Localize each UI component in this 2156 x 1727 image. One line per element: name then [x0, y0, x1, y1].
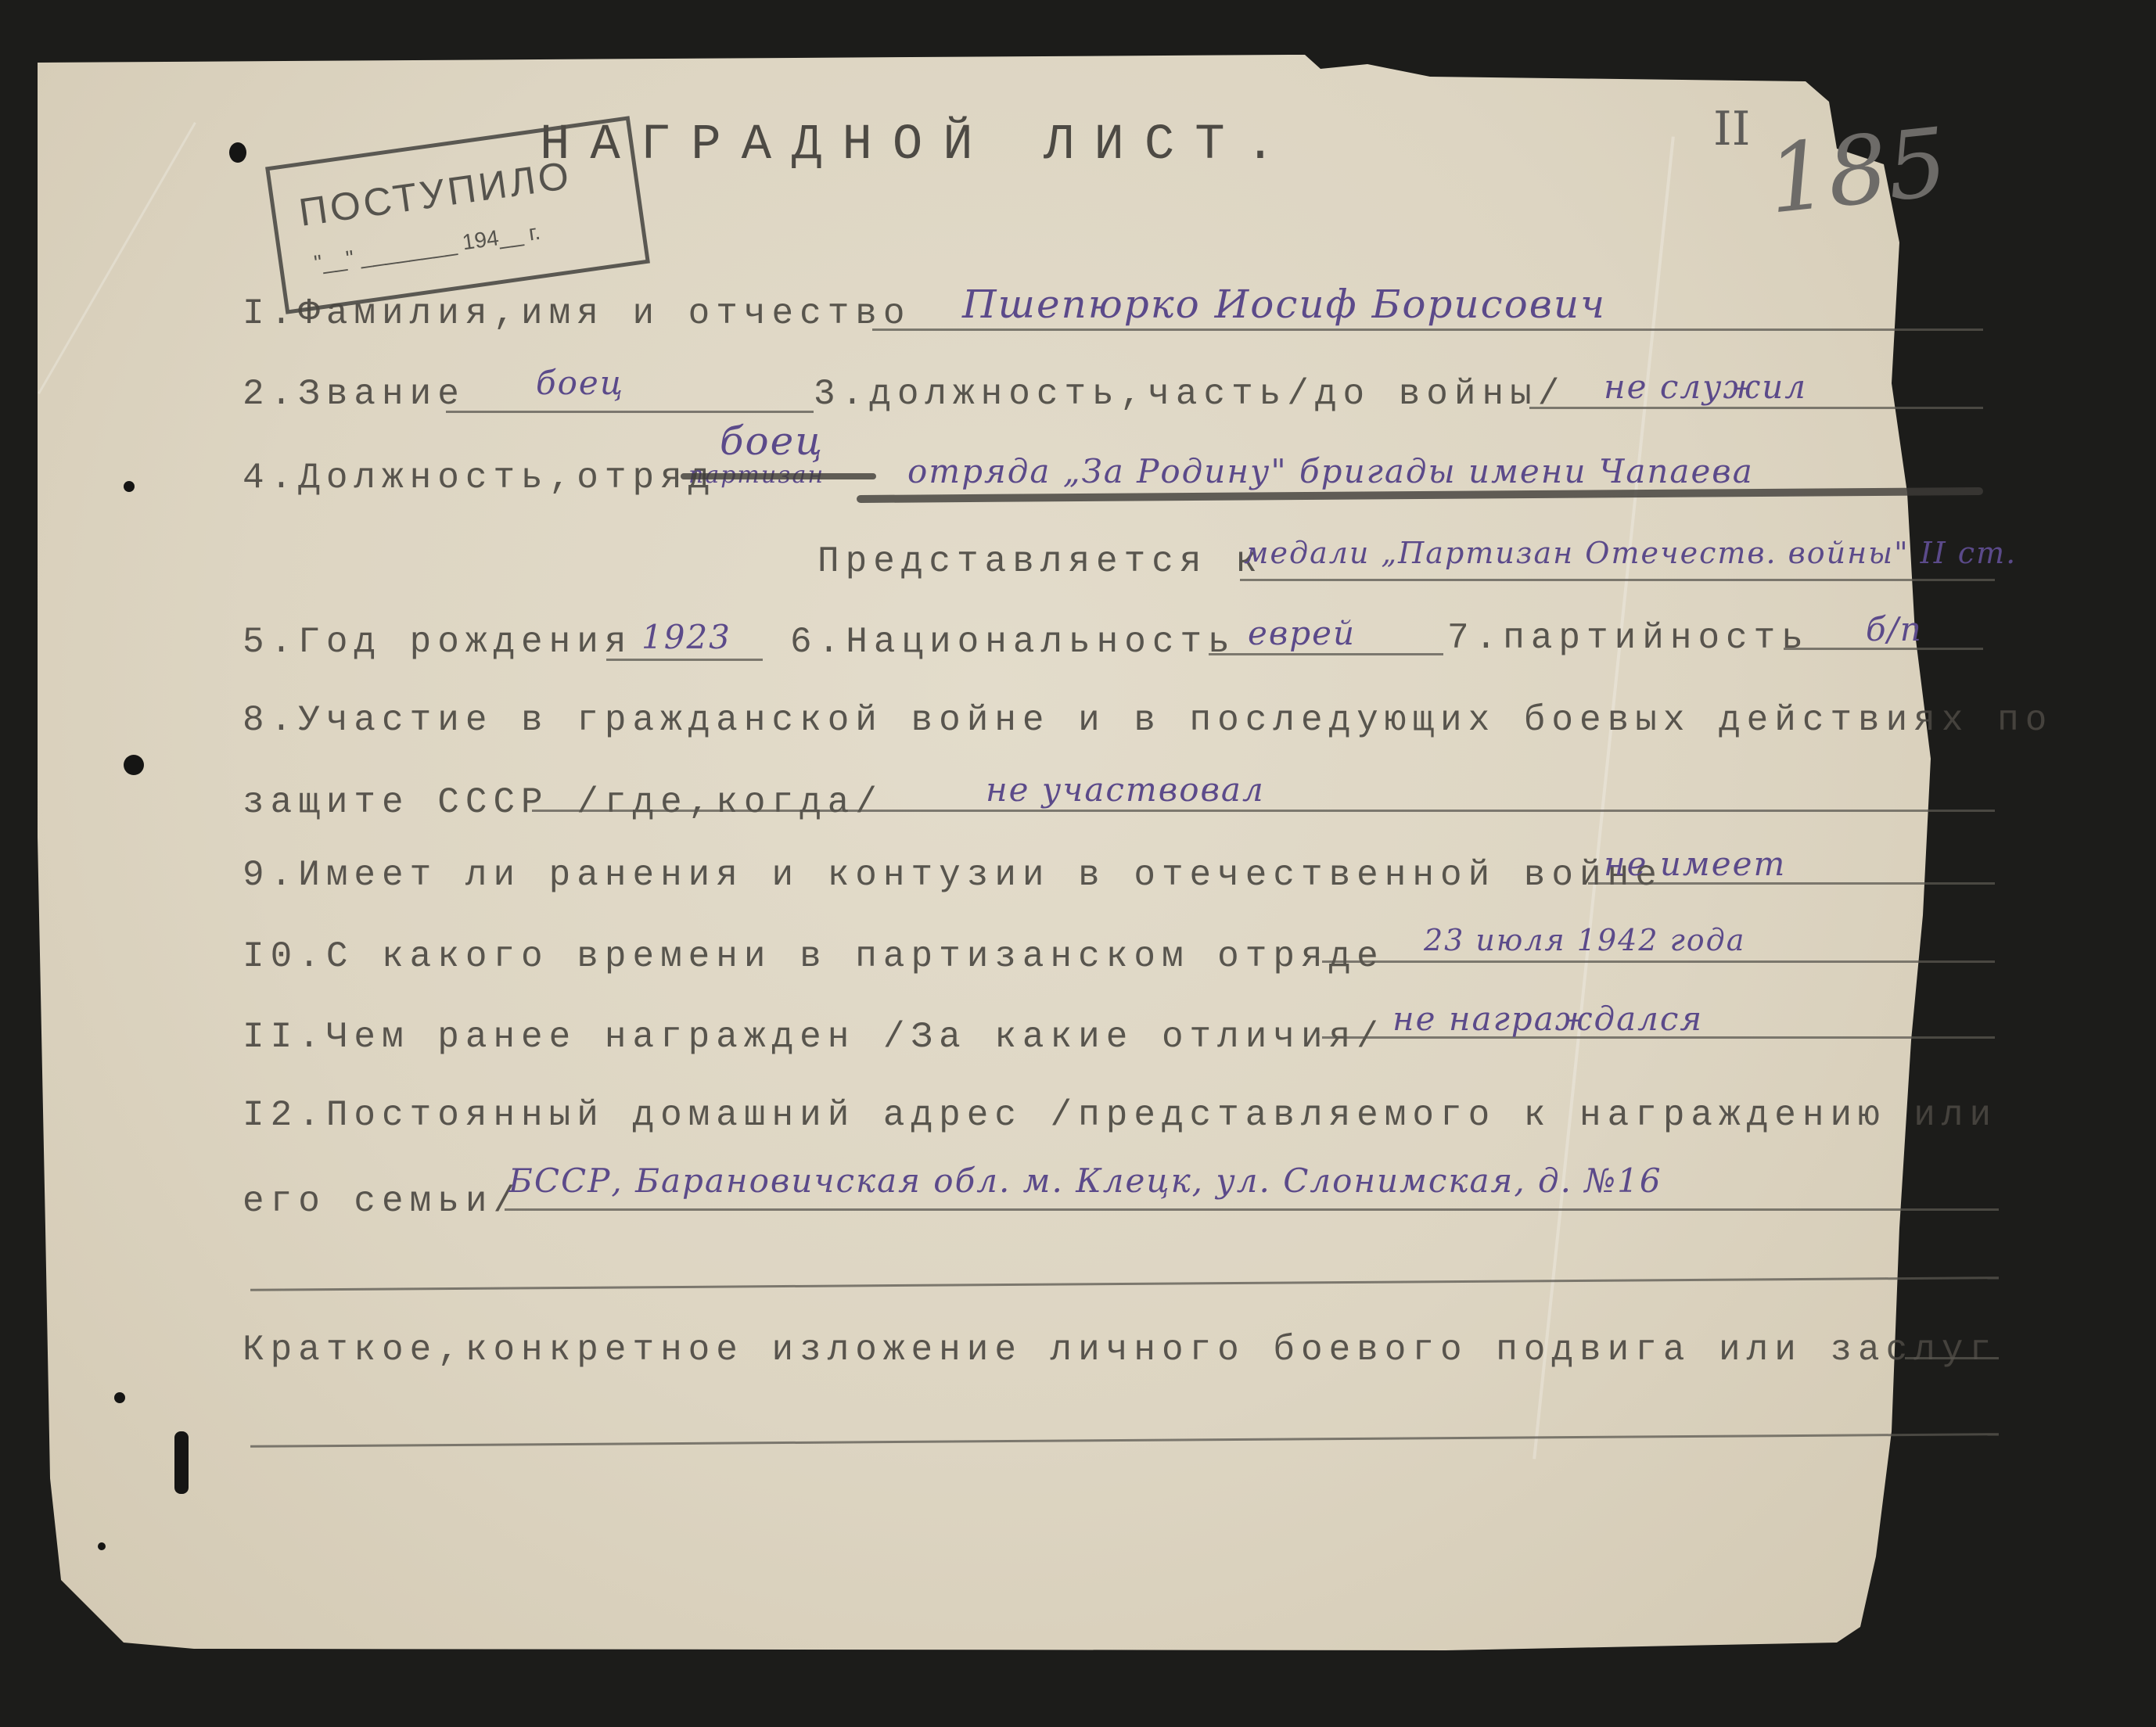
field-underline — [1240, 579, 1995, 581]
field-label-nationality: 6.Национальность — [790, 622, 1236, 662]
field-value-nationality: еврей — [1248, 614, 1356, 652]
field-label-rank: 2.Звание — [243, 374, 465, 415]
field-value-award: медали „Партизан Отечеств. войны" II ст. — [1244, 536, 2017, 570]
field-value-address: БССР, Барановичская обл. м. Клецк, ул. С… — [508, 1162, 1662, 1200]
field-label-address-cont: его семьи/ — [243, 1181, 521, 1222]
field-label-civil-war-cont: защите СССР /где,когда/ — [243, 782, 883, 823]
field-label-party: 7.партийность — [1447, 618, 1809, 659]
field-underline — [872, 329, 1983, 331]
punch-hole — [124, 481, 135, 492]
field-underline — [1905, 1357, 1999, 1359]
field-value-birth-year: 1923 — [641, 618, 731, 656]
field-underline — [1322, 960, 1995, 963]
field-value-party: б/п — [1866, 610, 1923, 648]
field-label-address: I2.Постоянный домашний адрес /представля… — [243, 1095, 1997, 1136]
field-value-civil-war: не участвовал — [986, 770, 1265, 809]
field-value-inserted: боец — [720, 418, 824, 464]
punch-hole — [174, 1431, 189, 1494]
field-label-summary: Краткое,конкретное изложение личного бое… — [243, 1330, 1997, 1370]
punch-hole — [114, 1392, 125, 1403]
field-value-wounds: не имеет — [1604, 845, 1786, 883]
field-underline — [606, 659, 763, 661]
field-value-prior-awards: не награждался — [1392, 1000, 1703, 1038]
strikethrough-mark — [681, 473, 876, 479]
punch-hole — [124, 755, 144, 775]
punch-hole — [229, 142, 246, 163]
field-value-unit: отряда „За Родину" бригады имени Чапаева — [907, 452, 1754, 490]
field-label-prewar: 3.должность,часть/до войны/ — [814, 374, 1565, 415]
field-label-birth-year: 5.Год рождения — [243, 622, 632, 662]
field-label-prior-awards: II.Чем ранее награжден /За какие отличия… — [243, 1017, 1385, 1057]
field-value-name: Пшепюрко Иосиф Борисович — [962, 282, 1606, 327]
field-label-since: I0.С какого времени в партизанском отряд… — [243, 936, 1385, 977]
field-underline — [505, 1208, 1999, 1211]
field-value-since: 23 июля 1942 года — [1424, 923, 1745, 957]
pencil-number-mark: 185 — [1763, 108, 1952, 235]
field-label-name: I.Фамилия,имя и отчество — [243, 293, 911, 334]
pencil-roman-mark: II — [1713, 102, 1750, 156]
field-value-rank: боец — [536, 364, 624, 402]
field-underline — [532, 810, 1995, 812]
field-value-prewar: не служил — [1604, 368, 1807, 406]
field-label-award: Представляется к — [817, 541, 1263, 582]
punch-hole — [98, 1542, 106, 1550]
field-underline — [1209, 653, 1443, 655]
paper-crease — [38, 122, 196, 394]
field-label-civil-war: 8.Участие в гражданской войне и в послед… — [243, 700, 2053, 741]
paper-crease — [1533, 136, 1675, 1459]
field-label-wounds: 9.Имеет ли ранения и контузии в отечеств… — [243, 855, 1663, 896]
field-label-position: 4.Должность,отряд — [243, 458, 716, 498]
page-title: НАГРАДНОЙ ЛИСТ. — [540, 117, 1295, 174]
field-underline — [1529, 407, 1983, 409]
field-underline — [446, 411, 814, 413]
